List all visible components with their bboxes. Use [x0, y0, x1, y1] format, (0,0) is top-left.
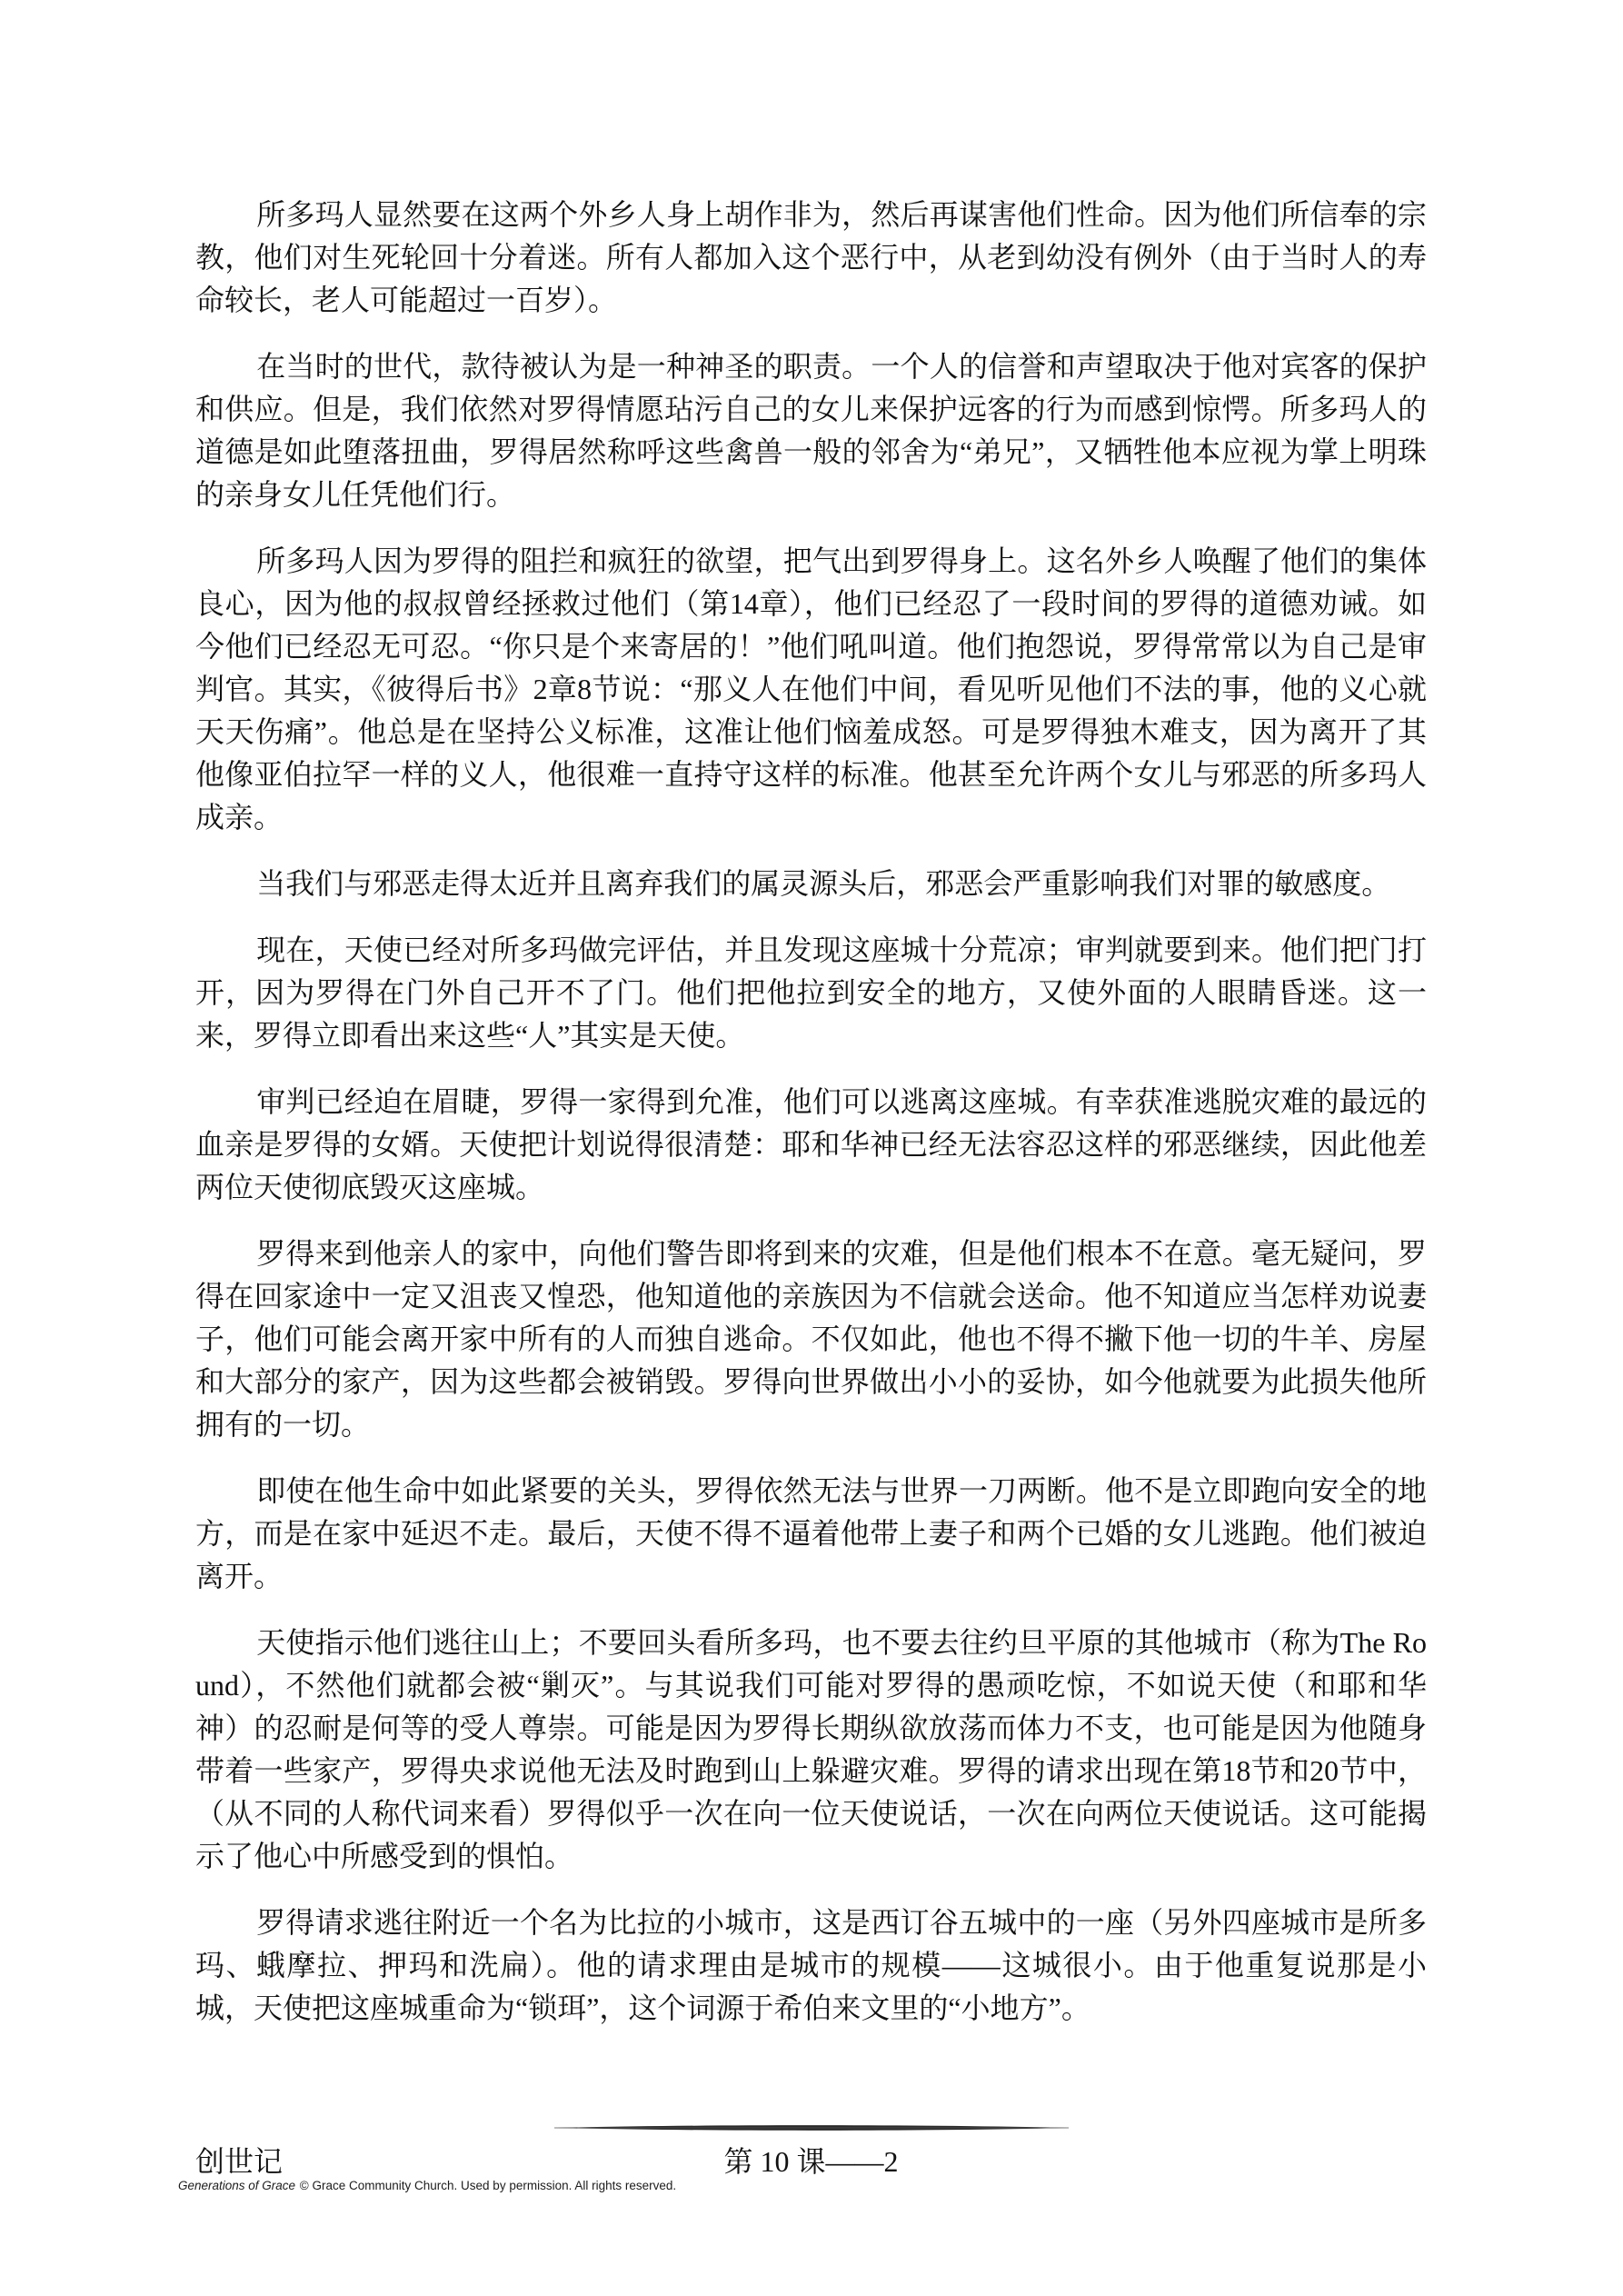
paragraph: 当我们与邪恶走得太近并且离弃我们的属灵源头后，邪恶会严重影响我们对罪的敏感度。	[195, 863, 1427, 905]
paragraph: 罗得请求逃往附近一个名为比拉的小城市，这是西订谷五城中的一座（另外四座城市是所多…	[195, 1902, 1427, 2030]
footer-page-number: 第 10 课——2	[723, 2145, 898, 2178]
footer-copyright: Generations of Grace© Grace Community Ch…	[178, 2178, 676, 2194]
paragraph: 所多玛人因为罗得的阻拦和疯狂的欲望，把气出到罗得身上。这名外乡人唤醒了他们的集体…	[195, 540, 1427, 839]
footer-book-title: 创世记	[195, 2141, 283, 2181]
paragraph: 所多玛人显然要在这两个外乡人身上胡作非为，然后再谋害他们性命。因为他们所信奉的宗…	[195, 194, 1427, 322]
divider-lens-shape	[554, 2123, 1069, 2132]
page-footer: 创世记 第 10 课——2	[195, 2141, 1427, 2181]
paragraph: 天使指示他们逃往山上；不要回头看所多玛，也不要去往约旦平原的其他城市（称为The…	[195, 1622, 1427, 1878]
paragraph: 即使在他生命中如此紧要的关头，罗得依然无法与世界一刀两断。他不是立即跑向安全的地…	[195, 1470, 1427, 1598]
paragraph: 审判已经迫在眉睫，罗得一家得到允准，他们可以逃离这座城。有幸获准逃脱灾难的最远的…	[195, 1081, 1427, 1209]
document-body: 所多玛人显然要在这两个外乡人身上胡作非为，然后再谋害他们性命。因为他们所信奉的宗…	[195, 194, 1427, 2053]
document-page: 所多玛人显然要在这两个外乡人身上胡作非为，然后再谋害他们性命。因为他们所信奉的宗…	[0, 0, 1623, 2296]
paragraph: 现在，天使已经对所多玛做完评估，并且发现这座城十分荒凉；审判就要到来。他们把门打…	[195, 929, 1427, 1057]
copyright-text: © Grace Community Church. Used by permis…	[300, 2179, 676, 2192]
paragraph: 在当时的世代，款待被认为是一种神圣的职责。一个人的信誉和声望取决于他对宾客的保护…	[195, 345, 1427, 516]
paragraph: 罗得来到他亲人的家中，向他们警告即将到来的灾难，但是他们根本不在意。毫无疑问，罗…	[195, 1233, 1427, 1446]
copyright-series-title: Generations of Grace	[178, 2179, 295, 2192]
footer-divider	[554, 2123, 1069, 2132]
